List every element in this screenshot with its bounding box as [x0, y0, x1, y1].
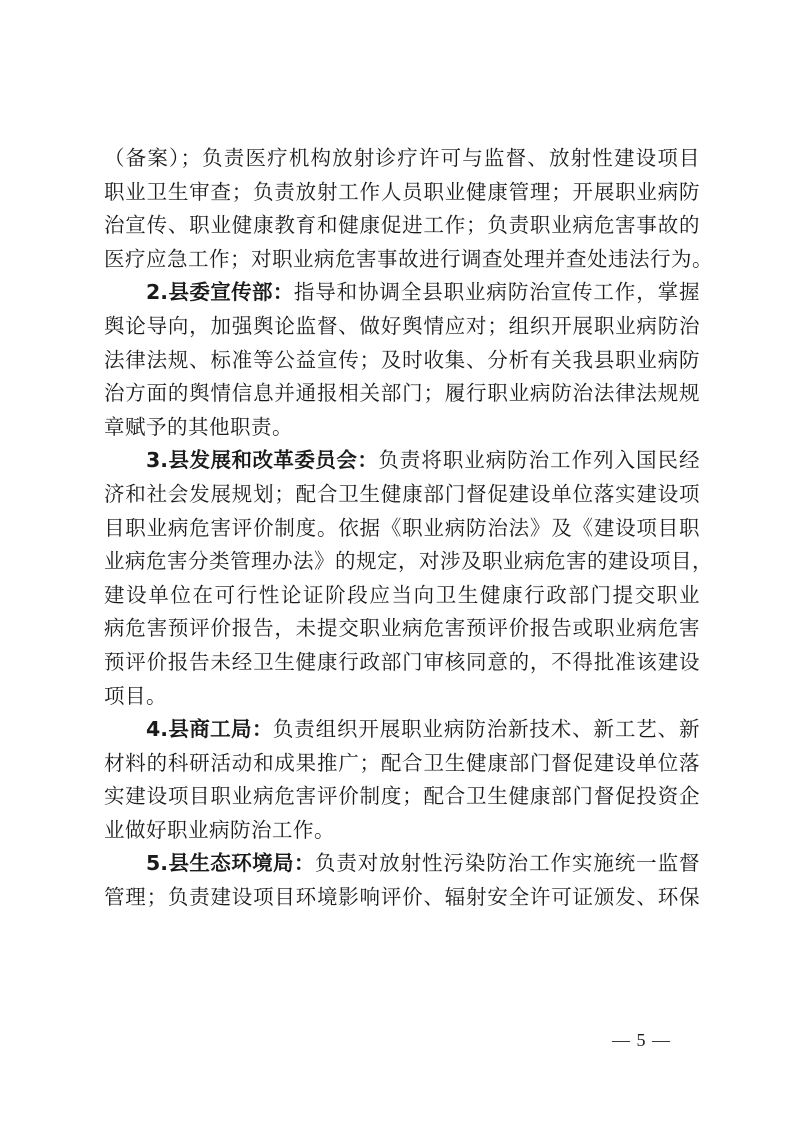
- text-span: 负责对放射性污染防治工作实施统一监督: [315, 851, 700, 875]
- paragraph-heading: 4.县商工局：: [146, 717, 273, 741]
- text-line: 业做好职业病防治工作。: [104, 814, 700, 848]
- text-line: 3.县发展和改革委员会：负责将职业病防治工作列入国民经: [104, 444, 700, 478]
- text-span: 指导和协调全县职业病防治宣传工作，掌握: [294, 280, 700, 304]
- text-line: 5.县生态环境局：负责对放射性污染防治工作实施统一监督: [104, 847, 700, 881]
- text-line: 济和社会发展规划；配合卫生健康部门督促建设单位落实建设项: [104, 478, 700, 512]
- text-line: 舆论导向，加强舆论监督、做好舆情应对；组织开展职业病防治: [104, 310, 700, 344]
- paragraph-ecology-environment-bureau: 5.县生态环境局：负责对放射性污染防治工作实施统一监督 管理；负责建设项目环境影…: [104, 847, 700, 914]
- text-line: 实建设项目职业病危害评价制度；配合卫生健康部门督促投资企: [104, 780, 700, 814]
- page-number: — 5 —: [612, 1030, 671, 1051]
- text-line: 治宣传、职业健康教育和健康促进工作；负责职业病危害事故的: [104, 209, 700, 243]
- document-page: （备案）；负责医疗机构放射诊疗许可与监督、放射性建设项目 职业卫生审查；负责放射…: [0, 0, 793, 1122]
- text-line: 医疗应急工作；对职业病危害事故进行调查处理并查处违法行为。: [104, 243, 700, 277]
- text-line: 管理；负责建设项目环境影响评价、辐射安全许可证颁发、环保: [104, 881, 700, 915]
- text-line: 建设单位在可行性论证阶段应当向卫生健康行政部门提交职业: [104, 579, 700, 613]
- document-body: （备案）；负责医疗机构放射诊疗许可与监督、放射性建设项目 职业卫生审查；负责放射…: [104, 142, 700, 915]
- paragraph-commerce-industry-bureau: 4.县商工局：负责组织开展职业病防治新技术、新工艺、新 材料的科研活动和成果推广…: [104, 713, 700, 847]
- text-line: 项目。: [104, 680, 700, 714]
- paragraph-heading: 5.县生态环境局：: [146, 851, 315, 875]
- text-line: 病危害预评价报告，未提交职业病危害预评价报告或职业病危害: [104, 612, 700, 646]
- paragraph-publicity-department: 2.县委宣传部：指导和协调全县职业病防治宣传工作，掌握 舆论导向，加强舆论监督、…: [104, 276, 700, 444]
- text-span: 负责将职业病防治工作列入国民经: [378, 448, 700, 472]
- text-line: 4.县商工局：负责组织开展职业病防治新技术、新工艺、新: [104, 713, 700, 747]
- text-line: 业病危害分类管理办法》的规定，对涉及职业病危害的建设项目，: [104, 545, 700, 579]
- text-span: 负责组织开展职业病防治新技术、新工艺、新: [273, 717, 700, 741]
- paragraph-heading: 2.县委宣传部：: [146, 280, 294, 304]
- text-line: 治方面的舆情信息并通报相关部门；履行职业病防治法律法规规: [104, 377, 700, 411]
- text-line: 2.县委宣传部：指导和协调全县职业病防治宣传工作，掌握: [104, 276, 700, 310]
- paragraph-development-reform-commission: 3.县发展和改革委员会：负责将职业病防治工作列入国民经 济和社会发展规划；配合卫…: [104, 444, 700, 713]
- text-line: 预评价报告未经卫生健康行政部门审核同意的，不得批准该建设: [104, 646, 700, 680]
- text-line: 章赋予的其他职责。: [104, 411, 700, 445]
- text-line: 法律法规、标准等公益宣传；及时收集、分析有关我县职业病防: [104, 344, 700, 378]
- text-line: 职业卫生审查；负责放射工作人员职业健康管理；开展职业病防: [104, 176, 700, 210]
- paragraph-heading: 3.县发展和改革委员会：: [146, 448, 378, 472]
- paragraph-health-commission-continued: （备案）；负责医疗机构放射诊疗许可与监督、放射性建设项目 职业卫生审查；负责放射…: [104, 142, 700, 276]
- text-line: （备案）；负责医疗机构放射诊疗许可与监督、放射性建设项目: [104, 142, 700, 176]
- text-line: 材料的科研活动和成果推广；配合卫生健康部门督促建设单位落: [104, 747, 700, 781]
- text-line: 目职业病危害评价制度。依据《职业病防治法》及《建设项目职: [104, 512, 700, 546]
